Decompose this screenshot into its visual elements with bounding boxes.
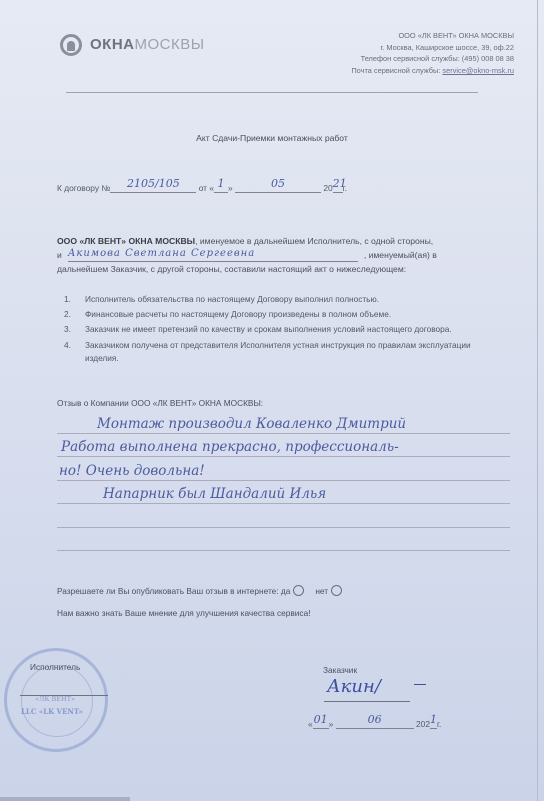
header-divider <box>66 92 478 93</box>
contract-prefix: К договору № <box>57 183 110 193</box>
signature-dash <box>414 684 426 685</box>
item-text: Финансовые расчеты по настоящему Договор… <box>85 308 391 321</box>
contract-number-field: 2105/105 <box>110 180 196 193</box>
review-line: Работа выполнена прекрасно, профессионал… <box>57 434 510 458</box>
sign-year-prefix: 202 <box>416 719 430 729</box>
from-label: от « <box>199 183 214 193</box>
item-text: Исполнитель обязательства по настоящему … <box>85 293 379 306</box>
page-shadow <box>0 797 130 801</box>
intro-text-1: , именуемое в дальнейшем Исполнитель, с … <box>195 236 433 246</box>
executor-signature-line <box>20 695 108 696</box>
item-number: 3. <box>64 323 85 336</box>
publish-question: Разрешаете ли Вы опубликовать Ваш отзыв … <box>57 586 290 596</box>
intro-paragraph: ООО «ЛК ВЕНТ» ОКНА МОСКВЫ, именуемое в д… <box>57 234 509 276</box>
no-label: нет <box>315 586 328 596</box>
intro-text-2: дальнейшем Заказчик, с другой стороны, с… <box>57 264 406 274</box>
review-line: Напарник был Шандалий Илья <box>57 481 510 505</box>
email-link[interactable]: service@okno-msk.ru <box>442 66 514 75</box>
review-text: Напарник был Шандалий Илья <box>103 486 326 502</box>
contract-number: 2105/105 <box>127 177 180 190</box>
contract-month-field: 05 <box>235 180 321 193</box>
signing-date: «01» 06 2021г. <box>308 716 441 729</box>
review-text: но! Очень довольна! <box>59 463 205 479</box>
contract-day-field: 1 <box>214 180 228 193</box>
customer-signature-line <box>324 701 410 702</box>
item-number: 1. <box>64 293 85 306</box>
radio-yes[interactable] <box>293 585 304 596</box>
customer-name: Акимова Светлана Сергеевна <box>68 248 255 259</box>
review-section: Монтаж производил Коваленко Дмитрий Рабо… <box>57 410 510 551</box>
stamp-text-en: LLC «LK VENT» <box>21 707 83 716</box>
contract-reference: К договору №2105/105 от «1» 05 2021г. <box>57 180 347 193</box>
stamp-text-ru: «ЛК ВЕНТ» <box>35 695 75 703</box>
customer-name-field: Акимова Светлана Сергеевна <box>68 250 358 262</box>
customer-signature: Акин/ <box>327 676 381 697</box>
sign-month-field: 06 <box>336 716 414 729</box>
sign-month: 06 <box>368 713 382 726</box>
feedback-note: Нам важно знать Ваше мнение для улучшени… <box>57 608 311 618</box>
item-number: 4. <box>64 339 85 365</box>
list-item: 1.Исполнитель обязательства по настоящем… <box>64 293 504 306</box>
company-logo: ОКНАМОСКВЫ <box>60 34 205 56</box>
review-text: Монтаж производил Коваленко Дмитрий <box>97 416 406 432</box>
email-label: Почта сервисной службы: <box>351 66 442 75</box>
document-title: Акт Сдачи-Приемки монтажных работ <box>0 133 544 143</box>
company-email-line: Почта сервисной службы: service@okno-msk… <box>351 65 514 77</box>
list-item: 3.Заказчик не имеет претензий по качеств… <box>64 323 504 336</box>
contract-year: 21 <box>333 177 347 190</box>
executor-label: Исполнитель <box>30 662 80 672</box>
intro-and: и <box>57 250 62 260</box>
item-number: 2. <box>64 308 85 321</box>
logo-emblem-icon <box>60 34 82 56</box>
company-phone: Телефон сервисной службы: (495) 008 08 3… <box>351 53 514 65</box>
logo-text-bold: ОКНА <box>90 36 135 53</box>
contract-year-field: 21 <box>333 180 343 193</box>
sign-year-field: 1 <box>430 716 437 729</box>
review-text: Работа выполнена прекрасно, профессионал… <box>61 439 399 455</box>
radio-no[interactable] <box>331 585 342 596</box>
page-edge <box>537 0 538 801</box>
review-line: но! Очень довольна! <box>57 457 510 481</box>
company-name: ООО «ЛК ВЕНТ» ОКНА МОСКВЫ <box>351 30 514 42</box>
company-address: г. Москва, Каширское шоссе, 39, оф.22 <box>351 42 514 54</box>
sign-year: 1 <box>430 713 437 726</box>
year-prefix: 20 <box>323 183 332 193</box>
intro-named: , именуемый(ая) в <box>364 250 437 260</box>
contract-month: 05 <box>271 177 285 190</box>
quote-close: » <box>228 183 233 193</box>
terms-list: 1.Исполнитель обязательства по настоящем… <box>64 293 504 367</box>
sign-day-field: 01 <box>313 716 329 729</box>
list-item: 4.Заказчиком получена от представителя И… <box>64 339 504 365</box>
list-item: 2.Финансовые расчеты по настоящему Догов… <box>64 308 504 321</box>
customer-label: Заказчик <box>323 665 357 675</box>
review-line: Монтаж производил Коваленко Дмитрий <box>57 410 510 434</box>
item-text: Заказчиком получена от представителя Исп… <box>85 339 504 365</box>
sign-year-end: г. <box>437 719 441 729</box>
publish-consent: Разрешаете ли Вы опубликовать Ваш отзыв … <box>57 585 350 596</box>
contract-day: 1 <box>217 177 224 190</box>
item-text: Заказчик не имеет претензий по качеству … <box>85 323 452 336</box>
review-label: Отзыв о Компании ООО «ЛК ВЕНТ» ОКНА МОСК… <box>57 398 263 408</box>
quote-close: » <box>329 719 334 729</box>
sign-day: 01 <box>314 713 328 726</box>
company-info: ООО «ЛК ВЕНТ» ОКНА МОСКВЫ г. Москва, Каш… <box>351 30 514 76</box>
review-line <box>57 528 510 552</box>
review-line <box>57 504 510 528</box>
company-name-bold: ООО «ЛК ВЕНТ» ОКНА МОСКВЫ <box>57 236 195 246</box>
logo-text-light: МОСКВЫ <box>135 36 205 53</box>
